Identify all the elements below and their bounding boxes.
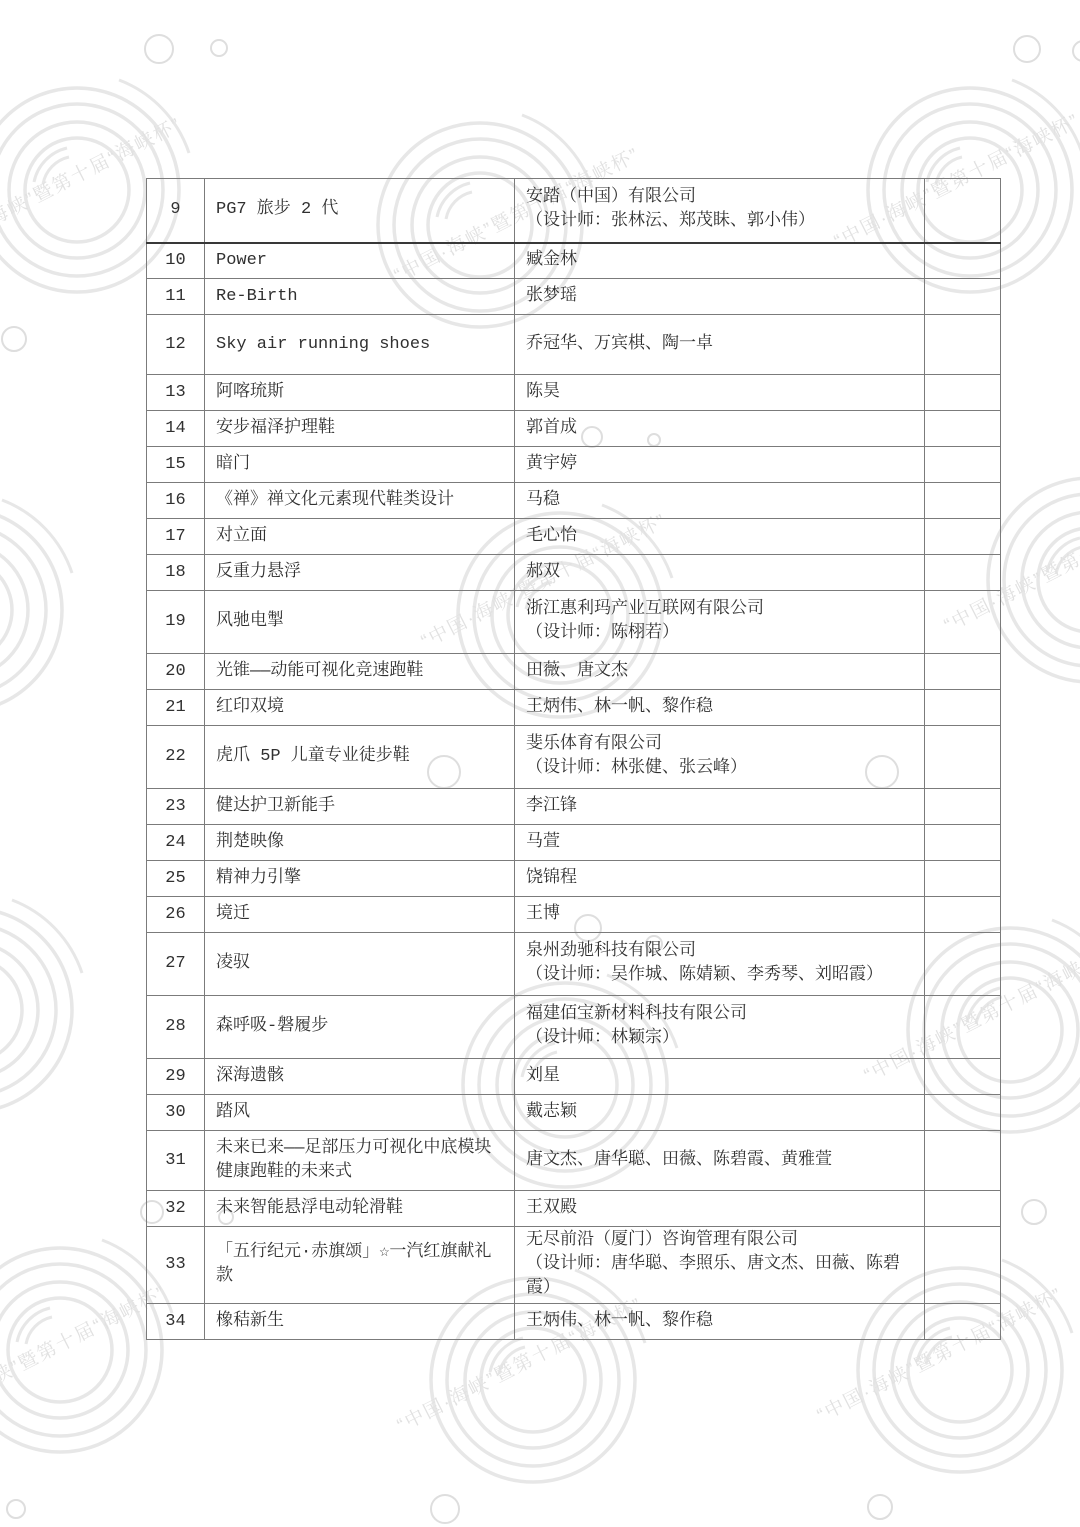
cell-remark: [925, 825, 1001, 861]
watermark-circle: [430, 1494, 460, 1524]
table-row: 23健达护卫新能手李江锋: [147, 789, 1001, 825]
table-row: 30踏风戴志颖: [147, 1095, 1001, 1131]
watermark-rings: [0, 470, 100, 750]
cell-remark: [925, 375, 1001, 411]
cell-remark: [925, 897, 1001, 933]
table-row: 11Re-Birth张梦瑶: [147, 279, 1001, 315]
cell-author: 张梦瑶: [515, 279, 925, 315]
cell-remark: [925, 483, 1001, 519]
cell-work-name: 森呼吸-磐履步: [205, 996, 515, 1059]
cell-no: 10: [147, 243, 205, 279]
cell-work-name: 凌驭: [205, 933, 515, 996]
table-row: 13阿喀琉斯陈昊: [147, 375, 1001, 411]
cell-no: 15: [147, 447, 205, 483]
cell-remark: [925, 726, 1001, 789]
cell-remark: [925, 1227, 1001, 1304]
cell-remark: [925, 243, 1001, 279]
cell-no: 21: [147, 690, 205, 726]
cell-no: 17: [147, 519, 205, 555]
table-row: 34橡秸新生王炳伟、林一帆、黎作稳: [147, 1304, 1001, 1340]
cell-work-name: Power: [205, 243, 515, 279]
cell-remark: [925, 789, 1001, 825]
cell-no: 27: [147, 933, 205, 996]
cell-remark: [925, 279, 1001, 315]
cell-no: 29: [147, 1059, 205, 1095]
cell-author: 王炳伟、林一帆、黎作稳: [515, 690, 925, 726]
table-row: 27凌驭泉州劲驰科技有限公司 （设计师：吴作城、陈婧颖、李秀琴、刘昭霞）: [147, 933, 1001, 996]
cell-work-name: 光锥——动能可视化竞速跑鞋: [205, 654, 515, 690]
cell-remark: [925, 1131, 1001, 1191]
cell-author: 无尽前沿（厦门）咨询管理有限公司 （设计师：唐华聪、李照乐、唐文杰、田薇、陈碧霞…: [515, 1227, 925, 1304]
cell-no: 22: [147, 726, 205, 789]
cell-work-name: 橡秸新生: [205, 1304, 515, 1340]
table-row: 12Sky air running shoes乔冠华、万宾棋、陶一卓: [147, 315, 1001, 375]
cell-remark: [925, 555, 1001, 591]
cell-remark: [925, 690, 1001, 726]
table-row: 25精神力引擎饶锦程: [147, 861, 1001, 897]
table-row: 31未来已来——足部压力可视化中底模块 健康跑鞋的未来式唐文杰、唐华聪、田薇、陈…: [147, 1131, 1001, 1191]
table-row: 19风驰电掣浙江惠利玛产业互联网有限公司 （设计师：陈栩若）: [147, 591, 1001, 654]
table-row: 21红印双境王炳伟、林一帆、黎作稳: [147, 690, 1001, 726]
cell-no: 13: [147, 375, 205, 411]
cell-work-name: 暗门: [205, 447, 515, 483]
cell-no: 34: [147, 1304, 205, 1340]
cell-author: 马稳: [515, 483, 925, 519]
cell-no: 23: [147, 789, 205, 825]
cell-author: 王双殿: [515, 1191, 925, 1227]
cell-author: 福建佰宝新材料科技有限公司 （设计师：林颖宗）: [515, 996, 925, 1059]
watermark-circle: [144, 34, 174, 64]
cell-author: 李江锋: [515, 789, 925, 825]
cell-no: 24: [147, 825, 205, 861]
cell-remark: [925, 447, 1001, 483]
cell-work-name: 虎爪 5P 儿童专业徒步鞋: [205, 726, 515, 789]
cell-no: 28: [147, 996, 205, 1059]
cell-work-name: 反重力悬浮: [205, 555, 515, 591]
table-row: 18反重力悬浮郝双: [147, 555, 1001, 591]
cell-no: 12: [147, 315, 205, 375]
cell-work-name: 未来已来——足部压力可视化中底模块 健康跑鞋的未来式: [205, 1131, 515, 1191]
cell-work-name: 阿喀琉斯: [205, 375, 515, 411]
cell-no: 19: [147, 591, 205, 654]
cell-work-name: 《禅》禅文化元素现代鞋类设计: [205, 483, 515, 519]
cell-no: 18: [147, 555, 205, 591]
cell-work-name: 境迁: [205, 897, 515, 933]
cell-remark: [925, 1304, 1001, 1340]
cell-author: 臧金林: [515, 243, 925, 279]
watermark-circle: [6, 1499, 26, 1519]
cell-no: 26: [147, 897, 205, 933]
cell-remark: [925, 179, 1001, 243]
cell-no: 11: [147, 279, 205, 315]
cell-remark: [925, 861, 1001, 897]
document-page: “中国·海峡”暨第十届“海峡杯”“中国·海峡”暨第十届“海峡杯”“中国·海峡”暨…: [0, 0, 1080, 1527]
cell-no: 31: [147, 1131, 205, 1191]
table-row: 24荆楚映像马萱: [147, 825, 1001, 861]
table-row: 22虎爪 5P 儿童专业徒步鞋斐乐体育有限公司 （设计师：林张健、张云峰）: [147, 726, 1001, 789]
cell-work-name: 健达护卫新能手: [205, 789, 515, 825]
table-row: 28森呼吸-磐履步福建佰宝新材料科技有限公司 （设计师：林颖宗）: [147, 996, 1001, 1059]
table-row: 10Power臧金林: [147, 243, 1001, 279]
cell-remark: [925, 519, 1001, 555]
cell-work-name: 精神力引擎: [205, 861, 515, 897]
cell-author: 刘星: [515, 1059, 925, 1095]
watermark-circle: [1, 326, 27, 352]
cell-no: 9: [147, 179, 205, 243]
cell-author: 唐文杰、唐华聪、田薇、陈碧霞、黄雅萱: [515, 1131, 925, 1191]
watermark-circle: [1013, 35, 1041, 63]
cell-no: 20: [147, 654, 205, 690]
cell-remark: [925, 1191, 1001, 1227]
cell-work-name: 未来智能悬浮电动轮滑鞋: [205, 1191, 515, 1227]
cell-work-name: 踏风: [205, 1095, 515, 1131]
cell-author: 斐乐体育有限公司 （设计师：林张健、张云峰）: [515, 726, 925, 789]
cell-author: 毛心怡: [515, 519, 925, 555]
cell-author: 王炳伟、林一帆、黎作稳: [515, 1304, 925, 1340]
table-row: 14安步福泽护理鞋郭首成: [147, 411, 1001, 447]
cell-no: 33: [147, 1227, 205, 1304]
table-row: 20光锥——动能可视化竞速跑鞋田薇、唐文杰: [147, 654, 1001, 690]
table-row: 26境迁王博: [147, 897, 1001, 933]
watermark-circle: [1072, 40, 1080, 62]
table-row: 32未来智能悬浮电动轮滑鞋王双殿: [147, 1191, 1001, 1227]
cell-work-name: 荆楚映像: [205, 825, 515, 861]
table-row: 17对立面毛心怡: [147, 519, 1001, 555]
cell-work-name: PG7 旅步 2 代: [205, 179, 515, 243]
cell-author: 田薇、唐文杰: [515, 654, 925, 690]
cell-work-name: Sky air running shoes: [205, 315, 515, 375]
cell-remark: [925, 591, 1001, 654]
cell-work-name: Re-Birth: [205, 279, 515, 315]
table-row: 16《禅》禅文化元素现代鞋类设计马稳: [147, 483, 1001, 519]
cell-no: 16: [147, 483, 205, 519]
cell-work-name: 红印双境: [205, 690, 515, 726]
cell-work-name: 对立面: [205, 519, 515, 555]
cell-no: 32: [147, 1191, 205, 1227]
entries-table: 9PG7 旅步 2 代安踏（中国）有限公司 （设计师：张林沄、郑茂眛、郭小伟）1…: [146, 178, 1001, 1340]
cell-no: 14: [147, 411, 205, 447]
watermark-circle: [867, 1494, 893, 1520]
cell-work-name: 风驰电掣: [205, 591, 515, 654]
cell-no: 25: [147, 861, 205, 897]
cell-remark: [925, 315, 1001, 375]
cell-author: 乔冠华、万宾棋、陶一卓: [515, 315, 925, 375]
cell-remark: [925, 1095, 1001, 1131]
cell-author: 安踏（中国）有限公司 （设计师：张林沄、郑茂眛、郭小伟）: [515, 179, 925, 243]
table-row: 29深海遗骸刘星: [147, 1059, 1001, 1095]
cell-no: 30: [147, 1095, 205, 1131]
cell-author: 浙江惠利玛产业互联网有限公司 （设计师：陈栩若）: [515, 591, 925, 654]
watermark-rings: [0, 870, 110, 1150]
watermark-circle: [210, 39, 228, 57]
cell-author: 郭首成: [515, 411, 925, 447]
cell-author: 黄宇婷: [515, 447, 925, 483]
cell-author: 郝双: [515, 555, 925, 591]
cell-remark: [925, 411, 1001, 447]
cell-author: 王博: [515, 897, 925, 933]
cell-remark: [925, 1059, 1001, 1095]
cell-author: 陈昊: [515, 375, 925, 411]
table-row: 15暗门黄宇婷: [147, 447, 1001, 483]
cell-work-name: 「五行纪元·赤旗颂」☆一汽红旗献礼款: [205, 1227, 515, 1304]
cell-author: 饶锦程: [515, 861, 925, 897]
entries-table-body: 9PG7 旅步 2 代安踏（中国）有限公司 （设计师：张林沄、郑茂眛、郭小伟）1…: [147, 179, 1001, 1340]
table-row: 33「五行纪元·赤旗颂」☆一汽红旗献礼款无尽前沿（厦门）咨询管理有限公司 （设计…: [147, 1227, 1001, 1304]
cell-author: 马萱: [515, 825, 925, 861]
table-row: 9PG7 旅步 2 代安踏（中国）有限公司 （设计师：张林沄、郑茂眛、郭小伟）: [147, 179, 1001, 243]
cell-remark: [925, 996, 1001, 1059]
cell-remark: [925, 933, 1001, 996]
cell-remark: [925, 654, 1001, 690]
watermark-circle: [1021, 1199, 1047, 1225]
cell-author: 戴志颖: [515, 1095, 925, 1131]
cell-author: 泉州劲驰科技有限公司 （设计师：吴作城、陈婧颖、李秀琴、刘昭霞）: [515, 933, 925, 996]
cell-work-name: 深海遗骸: [205, 1059, 515, 1095]
cell-work-name: 安步福泽护理鞋: [205, 411, 515, 447]
